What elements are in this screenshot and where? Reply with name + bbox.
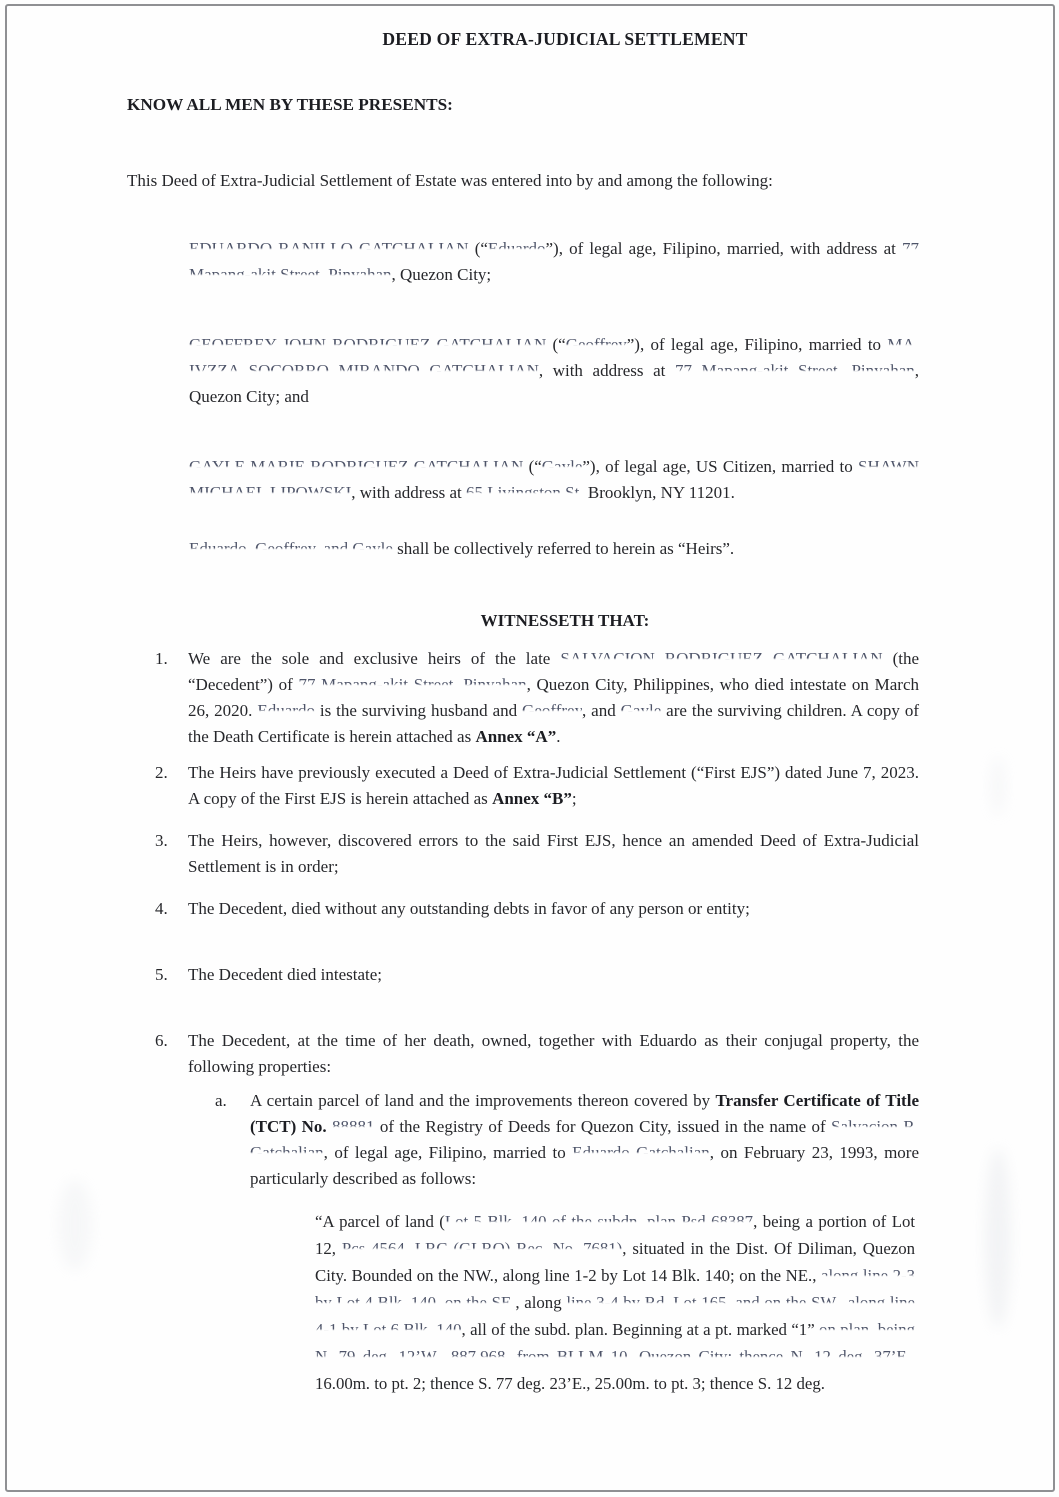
party-paragraph-geoffrey: GEOFFREY JOHN RODRIGUEZ GATCHALIAN (“Geo… <box>189 332 919 410</box>
text-segment: ”), of legal age, US Citizen, married to <box>582 457 858 476</box>
text-segment: (“ <box>546 335 565 354</box>
redacted-text: Gayle <box>621 701 662 720</box>
text-segment: The Decedent, at the time of her death, … <box>188 1031 919 1076</box>
text-segment: Annex “A” <box>475 727 556 746</box>
text-segment: (“ <box>523 457 541 476</box>
text-segment: , all of the subd. plan. Beginning at a … <box>461 1320 819 1339</box>
list-item-2: 2. The Heirs have previously executed a … <box>155 760 919 812</box>
sub-list-item-a: a. A certain parcel of land and the impr… <box>215 1088 919 1192</box>
text-segment: of the Registry of Deeds for Quezon City… <box>374 1117 831 1136</box>
list-item-text: The Heirs have previously executed a Dee… <box>188 760 919 812</box>
legal-description-quote: “A parcel of land (Lot 5 Blk. 140 of the… <box>315 1208 915 1397</box>
text-segment: ”), of legal age, Filipino, married to <box>627 335 888 354</box>
list-item-number: 1. <box>155 646 188 750</box>
scan-smudge <box>985 1148 1011 1328</box>
redacted-text: 77 Mapang-akit Street, Pinyahan <box>675 361 915 380</box>
text-segment: . <box>556 727 560 746</box>
witnesseth-heading: WITNESSETH THAT: <box>169 608 961 634</box>
text-segment: The Decedent died intestate; <box>188 965 382 984</box>
redacted-text: SALVACION RODRIGUEZ GATCHALIAN <box>560 649 882 668</box>
text-segment: shall be collectively referred to herein… <box>393 539 734 558</box>
list-item-1: 1. We are the sole and exclusive heirs o… <box>155 646 919 750</box>
redacted-text: Eduardo, Geoffrey, and Gayle <box>189 539 393 558</box>
text-segment: ”), of legal age, Filipino, married, wit… <box>546 239 902 258</box>
party-paragraph-eduardo: EDUARDO RANILLO GATCHALIAN (“Eduardo”), … <box>189 236 919 288</box>
scan-smudge <box>991 756 1005 816</box>
text-segment: “A parcel of land ( <box>315 1212 445 1231</box>
redacted-text: Geoffrey <box>566 335 627 354</box>
redacted-text: Gayle <box>542 457 583 476</box>
list-item-number: 3. <box>155 828 188 880</box>
list-item-number: 5. <box>155 962 188 988</box>
list-item-text: The Heirs, however, discovered errors to… <box>188 828 919 880</box>
list-item-text: The Decedent died intestate; <box>188 962 919 988</box>
text-segment: Brooklyn, NY 11201. <box>584 483 735 502</box>
text-segment: ; <box>572 789 577 808</box>
list-item-number: 4. <box>155 896 188 922</box>
redacted-text: GAYLE MARIE RODRIGUEZ GATCHALIAN <box>189 457 523 476</box>
document-title: DEED OF EXTRA-JUDICIAL SETTLEMENT <box>169 26 961 52</box>
list-item-number: 2. <box>155 760 188 812</box>
redacted-text: 65 Livingston St. <box>466 483 584 502</box>
list-item-number: a. <box>215 1088 250 1192</box>
text-segment: We are the sole and exclusive heirs of t… <box>188 649 560 668</box>
list-item-3: 3. The Heirs, however, discovered errors… <box>155 828 919 880</box>
list-item-text: We are the sole and exclusive heirs of t… <box>188 646 919 750</box>
redacted-text: Pcs 4564, LRC (GLRO) Rec. No. 7681) <box>342 1239 622 1258</box>
redacted-text: Eduardo <box>488 239 546 258</box>
redacted-text: 77 Mapang-akit Street, Pinyahan <box>298 675 526 694</box>
redacted-text: EDUARDO RANILLO GATCHALIAN <box>189 239 469 258</box>
text-segment: is the surviving husband and <box>315 701 522 720</box>
collective-reference-paragraph: Eduardo, Geoffrey, and Gayle shall be co… <box>189 536 919 562</box>
document-page: DEED OF EXTRA-JUDICIAL SETTLEMENT KNOW A… <box>0 0 1059 1497</box>
text-segment: Annex “B” <box>492 789 572 808</box>
redacted-text: Lot 5 Blk. 140 of the subdn. plan Psd 68… <box>445 1212 753 1231</box>
text-segment: , with address at <box>351 483 466 502</box>
text-segment: , along <box>515 1293 566 1312</box>
salutation-heading: KNOW ALL MEN BY THESE PRESENTS: <box>127 92 919 118</box>
text-segment: The Heirs, however, discovered errors to… <box>188 831 919 876</box>
text-segment: , Quezon City; <box>392 265 492 284</box>
text-segment: (“ <box>469 239 488 258</box>
text-segment: A certain parcel of land and the improve… <box>250 1091 715 1110</box>
list-item-number: 6. <box>155 1028 188 1080</box>
list-item-6: 6. The Decedent, at the time of her deat… <box>155 1028 919 1080</box>
document-content: DEED OF EXTRA-JUDICIAL SETTLEMENT KNOW A… <box>127 26 919 1397</box>
redacted-text: GEOFFREY JOHN RODRIGUEZ GATCHALIAN <box>189 335 546 354</box>
intro-paragraph: This Deed of Extra-Judicial Settlement o… <box>127 168 919 194</box>
list-item-text: The Decedent, at the time of her death, … <box>188 1028 919 1080</box>
list-item-5: 5. The Decedent died intestate; <box>155 962 919 988</box>
text-segment: 16.00m. to pt. 2; thence S. 77 deg. 23’E… <box>315 1374 825 1393</box>
party-paragraph-gayle: GAYLE MARIE RODRIGUEZ GATCHALIAN (“Gayle… <box>189 454 919 506</box>
text-segment: , of legal age, Filipino, married to <box>324 1143 573 1162</box>
redacted-text: Eduardo <box>257 701 315 720</box>
list-item-text: The Decedent, died without any outstandi… <box>188 896 919 922</box>
scan-smudge <box>58 1180 92 1270</box>
redacted-text: Geoffrey <box>522 701 582 720</box>
list-item-text: A certain parcel of land and the improve… <box>250 1088 919 1192</box>
text-segment: , with address at <box>539 361 675 380</box>
text-segment: The Decedent, died without any outstandi… <box>188 899 750 918</box>
redacted-text: Eduardo Gatchalian <box>572 1143 710 1162</box>
redacted-text: 88881 <box>332 1117 375 1136</box>
list-item-4: 4. The Decedent, died without any outsta… <box>155 896 919 922</box>
text-segment: , and <box>582 701 621 720</box>
